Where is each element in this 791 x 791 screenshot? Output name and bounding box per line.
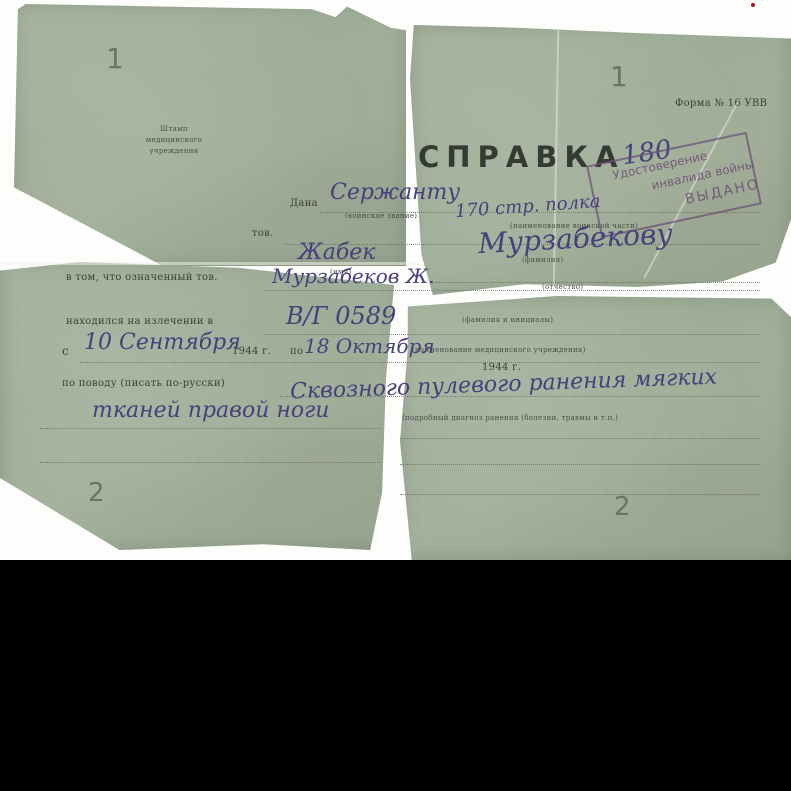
caption-initials: (фамилия и инициалы) — [462, 316, 553, 324]
handwritten-to-date: 18 Октября — [304, 334, 435, 358]
label-year-from: 1944 г. — [232, 346, 271, 357]
label-reason: по поводу (писать по-русски) — [62, 378, 225, 389]
label-was-treated: находился на излечении в — [66, 316, 213, 327]
rule-line — [400, 494, 760, 495]
scanned-document: 1 1 2 2 Штамп медицинского учреждения Фо… — [0, 0, 791, 560]
handwritten-diagnosis-line2: тканей правой ноги — [92, 398, 329, 423]
label-from: с — [62, 344, 69, 358]
pencil-mark: 1 — [610, 60, 628, 93]
label-comrade: тов. — [252, 228, 274, 239]
handwritten-initials: Мурзабеков Ж. — [272, 264, 435, 288]
label-that-comrade: в том, что означенный тов. — [66, 272, 218, 283]
fragment-bottom-right — [400, 296, 791, 560]
red-speck — [751, 3, 755, 7]
handwritten-institution: В/Г 0589 — [286, 302, 396, 330]
label-to: по — [290, 346, 303, 357]
pencil-mark: 1 — [106, 42, 124, 75]
rule-line — [400, 438, 760, 439]
rule-line — [80, 362, 760, 363]
rule-line — [40, 428, 380, 429]
institution-stamp-label: Штамп медицинского учреждения — [144, 124, 204, 157]
empty-black-area — [0, 560, 791, 791]
fragment-top-left — [14, 4, 406, 266]
handwritten-from-date: 10 Сентября — [84, 330, 241, 355]
label-issued: Дана — [290, 198, 318, 209]
rule-line — [40, 462, 380, 463]
caption-surname: (фамилия) — [522, 256, 563, 264]
rule-line — [430, 282, 760, 283]
rule-line — [400, 464, 760, 465]
handwritten-rank: Сержанту — [330, 180, 460, 205]
pencil-mark: 2 — [88, 478, 105, 508]
caption-rank: (воинское звание) — [345, 212, 417, 220]
pencil-mark: 2 — [614, 492, 631, 522]
caption-institution: (наименование медицинского учреждения) — [412, 346, 586, 354]
caption-reason: (подробный диагноз ранения (болезни, тра… — [402, 414, 618, 422]
rule-line — [265, 290, 760, 291]
form-number: Форма № 16 УВВ — [675, 98, 767, 109]
